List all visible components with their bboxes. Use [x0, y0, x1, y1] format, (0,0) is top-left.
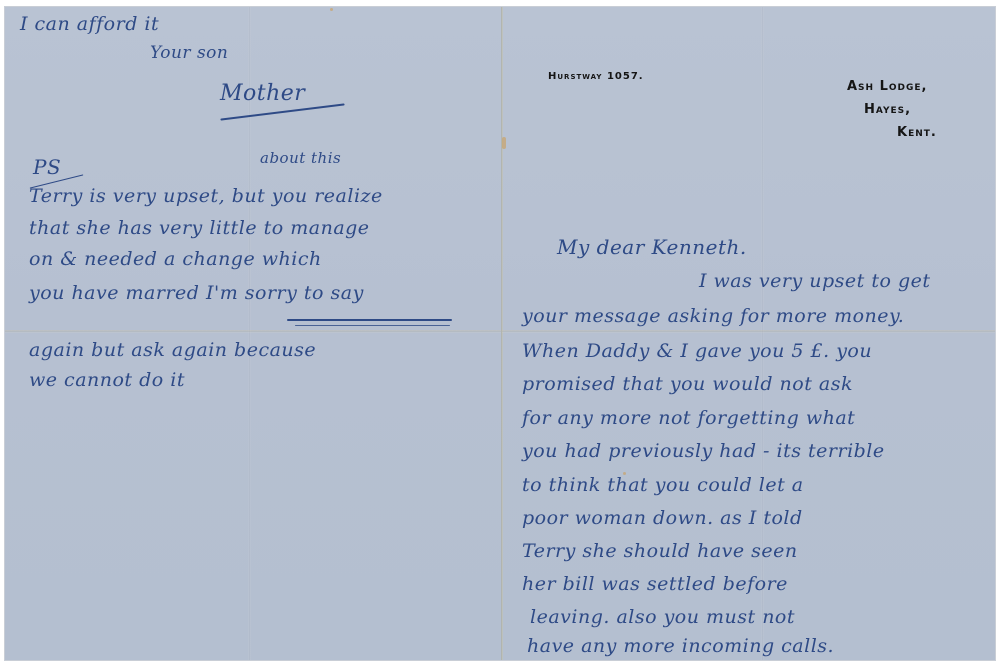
letterhead-address-line-2: Hayes,: [864, 102, 911, 117]
signature: Mother: [220, 81, 305, 106]
letterhead-address-line-3: Kent.: [897, 125, 937, 140]
body-line: promised that you would not ask: [522, 373, 853, 395]
body-line: to think that you could let a: [522, 474, 804, 496]
horizontal-fold-crease: [5, 330, 501, 333]
body-line: When Daddy & I gave you 5 £. you: [522, 340, 872, 362]
closing-line-1: I can afford it: [20, 13, 159, 35]
emphasis-underline-2: [295, 325, 450, 326]
body-line: I was very upset to get: [699, 270, 930, 292]
vertical-fold-crease: [761, 7, 764, 660]
ps-line: on & needed a change which: [29, 248, 322, 270]
ps-line: you have marred I'm sorry to say: [29, 282, 364, 304]
paper-stain: [502, 137, 506, 149]
letter-sheet: I can afford it Your son Mother PS about…: [5, 7, 995, 660]
body-line: poor woman down. as I told: [522, 507, 803, 529]
ps-insertion: about this: [260, 149, 341, 167]
ps-line: again but ask again because: [29, 339, 316, 361]
letterhead-address-line-1: Ash Lodge,: [847, 79, 927, 94]
letterhead-telephone: Hurstway 1057.: [548, 71, 644, 82]
body-line: Terry she should have seen: [522, 540, 798, 562]
closing-line-2: Your son: [150, 43, 228, 63]
ps-label: PS: [33, 155, 61, 179]
body-line: you had previously had - its terrible: [522, 440, 885, 462]
emphasis-underline: [287, 319, 452, 321]
ps-line: we cannot do it: [29, 369, 185, 391]
body-line: her bill was settled before: [522, 573, 788, 595]
body-line: leaving. also you must not: [530, 606, 795, 628]
paper-stain: [330, 8, 333, 11]
ps-line: that she has very little to manage: [29, 217, 370, 239]
body-line: for any more not forgetting what: [522, 407, 855, 429]
right-page: Hurstway 1057. Ash Lodge, Hayes, Kent. M…: [502, 7, 995, 660]
ps-line: Terry is very upset, but you realize: [29, 185, 383, 207]
paper-stain: [623, 472, 626, 475]
body-line: your message asking for more money.: [522, 305, 904, 327]
left-page: I can afford it Your son Mother PS about…: [5, 7, 501, 660]
horizontal-fold-crease: [502, 330, 995, 333]
body-line: have any more incoming calls.: [527, 635, 834, 657]
salutation: My dear Kenneth.: [557, 235, 747, 259]
